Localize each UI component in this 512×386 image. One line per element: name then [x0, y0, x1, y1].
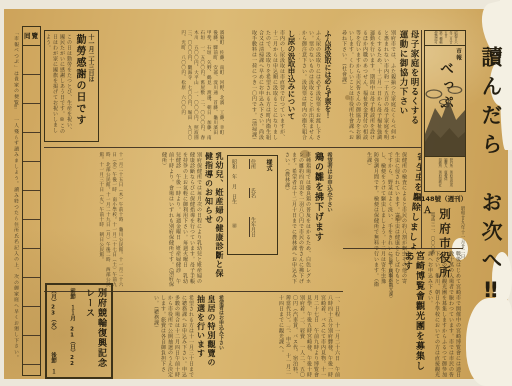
article-special-viewing-lottery: 希望者はお申込み下さい 皇居の特別觀覽の抽選を行います 希望される方は十一月三十… — [147, 295, 226, 379]
keirin-title: 別府競輪復興記念レース — [83, 288, 107, 374]
article-body: 別府保健所では毎月次の日程により乳幼兒と姙産婦の健康診斷ならびに保健指導を行つて… — [160, 152, 202, 287]
circulation-checklist-table: 囘覽 — [22, 26, 41, 376]
circulation-table-header: 囘覽 — [23, 27, 40, 46]
article-nightsoil-application: し尿の汲取申込みについて 市内のし尿汲取は市直營で行つていますが、十二月からは申… — [227, 30, 297, 144]
colophon-editor: 編輯人 廣報係 — [443, 158, 448, 187]
masthead-logo-kanji: 市報 — [454, 48, 462, 61]
article-chick-sale: 希望者はお申込み下さい 鶏の雛を拂下げます 市種鶏場では優良鶏の普及をはかるため… — [281, 152, 334, 287]
issue-number: 148號（週刊） — [421, 194, 467, 203]
article-body-right: 戰後はじめて宮崎市で開催中の宮崎博覧會には連日數十萬の入場者で賑わつています。市… — [426, 251, 461, 378]
scan-edge-bottom — [0, 379, 512, 386]
article-headline: ふん尿汲取には必らず票を！ — [322, 30, 331, 140]
margin-circulation-note: 「市報べつぷ」は貴家の便覧‼ 一人殘らず讀みましよう。讀み終つたら住所氏名記入の… — [4, 30, 19, 378]
article-kicker: 十一月二十三日は — [86, 34, 94, 138]
circulation-table-rows — [23, 46, 40, 372]
article-name-list: 濱脇町 佐藤、南町 河野、北濱 工藤、幸町 後藤、驛前町 安部、流川通 首藤、龜… — [101, 30, 225, 144]
form-title: 樣式 — [264, 159, 273, 251]
article-mother-child-campaign: 母子家庭を明るくする運動に御協力下さい 別府市では、ふた親揃つた家庭にくらべ何か… — [334, 30, 420, 144]
article-kicker: 希望者はお申込み下さい — [217, 295, 225, 379]
form-field-birthdate: 生年月日 — [249, 217, 256, 237]
article-body: 別府市では、ふた親揃つた家庭にくらべ何かと惠まれない市内約一千五百の母子家庭を明… — [340, 30, 396, 144]
article-kicker: 希望者はお申込み下さい — [325, 152, 333, 287]
article-body: 濱脇町 佐藤、南町 河野、北濱 工藤、幸町 後藤、驛前町 安部、流川通 首藤、龜… — [179, 30, 224, 144]
form-field-name: 氏名 — [249, 188, 256, 198]
article-headline: 皇居の特別觀覽の抽選を行います — [195, 295, 216, 375]
masthead-logo-area: 市報 べっぷ — [425, 46, 465, 156]
colophon-printer: 印刷所 別府印刷社 — [437, 158, 442, 187]
article-headline: 鶏の雛を拂下げます — [312, 152, 324, 282]
article-labor-thanksgiving-box: 十一月二十三日は 勤勞感謝の日です この日は勤勞をたつとび、生産を祝い、國民たが… — [44, 30, 99, 142]
article-headline: 乳幼兒、姙産婦の健康診斷と保健指導のお知らせ — [203, 152, 224, 280]
article-infant-maternal-checkup: 乳幼兒、姙産婦の健康診斷と保健指導のお知らせ 別府保健所では毎月次の日程により乳… — [126, 152, 225, 287]
article-body: ふん尿の汲取りには必ず汲取票をお渡し下さい。票のないものは汲取ることが出來ません… — [299, 30, 321, 144]
article-miyazaki-expo-details: 一、日程 十一月二十六日 午前八時四十五分別府驛發、午後一時宮崎着、バスにて市内… — [228, 295, 341, 379]
article-body-left: 一、日程 十一月二十六日 午前八時四十五分別府驛發、午後一時宮崎着、バスにて市内… — [277, 295, 340, 379]
approval-class: 第三種郵便物認可 — [433, 31, 443, 45]
approval-date: 昭和廿六年二月廿五日 — [443, 31, 458, 45]
article-credit: （主催 別府市觀光課） — [388, 251, 393, 301]
article-headline: 宮崎博覧會觀光團を募集します — [401, 251, 425, 375]
article-miyazaki-expo-tour: 戰後はじめて宮崎市で開催中の宮崎博覧會には連日數十萬の入場者で賑わつています。市… — [343, 251, 462, 378]
article-schedule-list: 十一月二十五日（木）午前十時 龜川公民館。十一月二十六日（金）午後一時 南小學校… — [45, 152, 124, 287]
form-field-date: 昭和 年 月 日生 — [231, 159, 237, 204]
masthead-approval-note: 昭和廿六年二月廿五日 第三種郵便物認可 — [425, 31, 465, 46]
section-divider — [44, 147, 421, 148]
article-body: この日は勤勞をたつとび、生産を祝い、國民たがいに感謝しあう日です。◎この日はわが… — [44, 34, 72, 138]
article-body: 十一月二十五日（木）午前十時 龜川公民館。十一月二十六日（金）午後一時 南小學校… — [97, 152, 123, 287]
newspaper-page: 讀んだら お次へ‼ 昭和廿六年二月廿五日 第三種郵便物認可 市報 べっぷ 發行所… — [0, 0, 512, 386]
article-body: 市内のし尿汲取は市直營で行つていますが、十二月からは申込順に汲取ることになりまし… — [250, 30, 285, 144]
colophon-publisher: 發行所 別府市役所 — [448, 158, 453, 187]
article-body: 市種鶏場では優良鶏の普及をはかるため、白色レグホンの雛約四百羽を一羽八〇円で市民… — [283, 152, 311, 287]
slogan-read-and-pass-on: 讀んだら お次へ‼ — [464, 46, 506, 346]
article-nightsoil-ticket: ふん尿汲取には必らず票を！ ふん尿の汲取りには必ず汲取票をお渡し下さい。票のない… — [299, 30, 332, 144]
keirin-race-ad-box: 別府競輪復興記念レース 前節 １１月 21（日）22（月）23（火） 後節 １１… — [45, 283, 113, 379]
article-headline: 母子家庭を明るくする運動に御協力下さい — [397, 30, 419, 130]
masthead-colophon: 發行所 別府市役所 編輯人 廣報係 印刷所 別府印刷社 — [425, 156, 465, 187]
form-seal-mark: ㊞ — [231, 223, 237, 228]
application-form-template: 樣式 住所 氏名 生年月日 昭和 年 月 日生 ㊞ — [227, 155, 278, 255]
form-field-address: 住所 — [249, 159, 256, 169]
article-headline: し尿の汲取申込みについて — [286, 30, 296, 140]
masthead-box: 昭和廿六年二月廿五日 第三種郵便物認可 市報 べっぷ 發行所 別府市役所 編輯人… — [424, 30, 466, 192]
article-body: 希望される方は十一月三十日までに總務課へお申込み下さい。申込多數の場合は十二月四… — [152, 295, 194, 379]
scan-edge-top — [0, 0, 512, 9]
mountain-illustration-icon — [425, 82, 465, 156]
article-headline: 勤勞感謝の日です — [73, 34, 85, 138]
